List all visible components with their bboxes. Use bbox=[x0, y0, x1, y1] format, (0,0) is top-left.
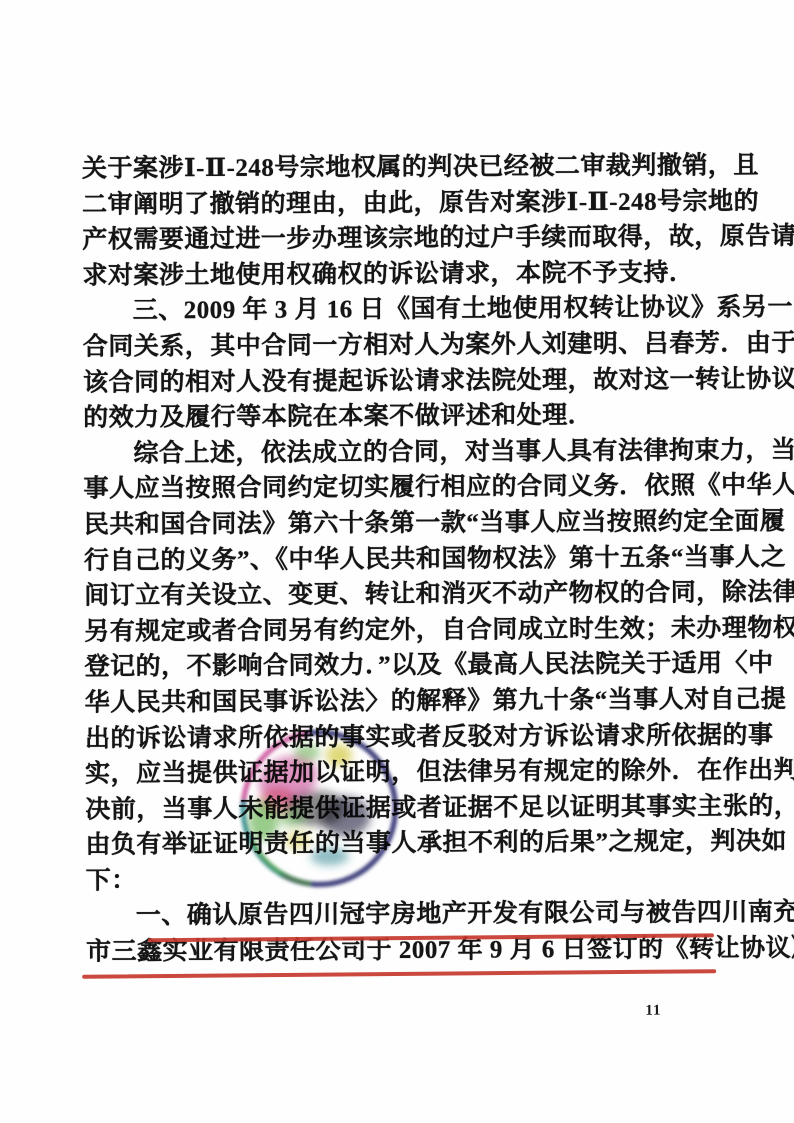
doc-line: 综合上述，依法成立的合同，对当事人具有法律拘束力，当 bbox=[83, 433, 711, 472]
doc-line: 一、确认原告四川冠宇房地产开发有限公司与被告四川南充 bbox=[86, 896, 714, 935]
doc-line: 由负有举证证明责任的当事人承担不利的后果”之规定，判决如 bbox=[85, 825, 713, 864]
doc-line: 关于案涉Ⅰ-Ⅱ-248号宗地权属的判决已经被二审裁判撤销，且 bbox=[82, 148, 710, 187]
doc-line: 求对案涉土地使用权确权的诉讼请求，本院不予支持． bbox=[82, 255, 710, 294]
doc-line: 产权需要通过进一步办理该宗地的过户手续而取得，故，原告请 bbox=[82, 220, 710, 259]
doc-line: 的效力及履行等本院在本案不做评述和处理． bbox=[83, 398, 711, 437]
doc-line: 另有规定或者合同另有约定外，自合同成立时生效；未办理物权 bbox=[84, 611, 712, 650]
doc-line: 三、2009 年 3 月 16 日《国有土地使用权转让协议》系另一 bbox=[83, 291, 711, 330]
page-number: 11 bbox=[645, 1003, 661, 1020]
doc-line: 二审阐明了撤销的理由，由此，原告对案涉Ⅰ-Ⅱ-248号宗地的 bbox=[82, 184, 710, 223]
doc-line: 决前，当事人未能提供证据或者证据不足以证明其事实主张的， bbox=[85, 789, 713, 828]
judgment-text-block: 关于案涉Ⅰ-Ⅱ-248号宗地权属的判决已经被二审裁判撤销，且 二审阐明了撤销的理… bbox=[82, 148, 714, 970]
doc-line: 出的诉讼请求所依据的事实或者反驳对方诉讼请求所依据的事 bbox=[85, 718, 713, 757]
doc-line: 事人应当按照合同约定切实履行相应的合同义务．依照《中华人 bbox=[84, 469, 712, 508]
scanned-court-document-page: 关于案涉Ⅰ-Ⅱ-248号宗地权属的判决已经被二审裁判撤销，且 二审阐明了撤销的理… bbox=[0, 0, 794, 1123]
doc-line: 下： bbox=[86, 860, 714, 899]
doc-line: 民共和国合同法》第六十条第一款“当事人应当按照约定全面履 bbox=[84, 504, 712, 543]
doc-line: 间订立有关设立、变更、转让和消灭不动产物权的合同，除法律 bbox=[84, 575, 712, 614]
doc-line: 合同关系，其中合同一方相对人为案外人刘建明、吕春芳．由于 bbox=[83, 326, 711, 365]
doc-line: 登记的，不影响合同效力．”以及《最高人民法院关于适用〈中 bbox=[84, 647, 712, 686]
doc-line: 该合同的相对人没有提起诉讼请求法院处理，故对这一转让协议 bbox=[83, 362, 711, 401]
doc-line: 华人民共和国民事诉讼法〉的解释》第九十条“当事人对自己提 bbox=[85, 682, 713, 721]
doc-line: 行自己的义务”、《中华人民共和国物权法》第十五条“当事人之 bbox=[84, 540, 712, 579]
red-underline-mark bbox=[82, 969, 716, 979]
doc-line: 实，应当提供证据加以证明，但法律另有规定的除外．在作出判 bbox=[85, 753, 713, 792]
page-content: 关于案涉Ⅰ-Ⅱ-248号宗地权属的判决已经被二审裁判撤销，且 二审阐明了撤销的理… bbox=[0, 0, 794, 1123]
